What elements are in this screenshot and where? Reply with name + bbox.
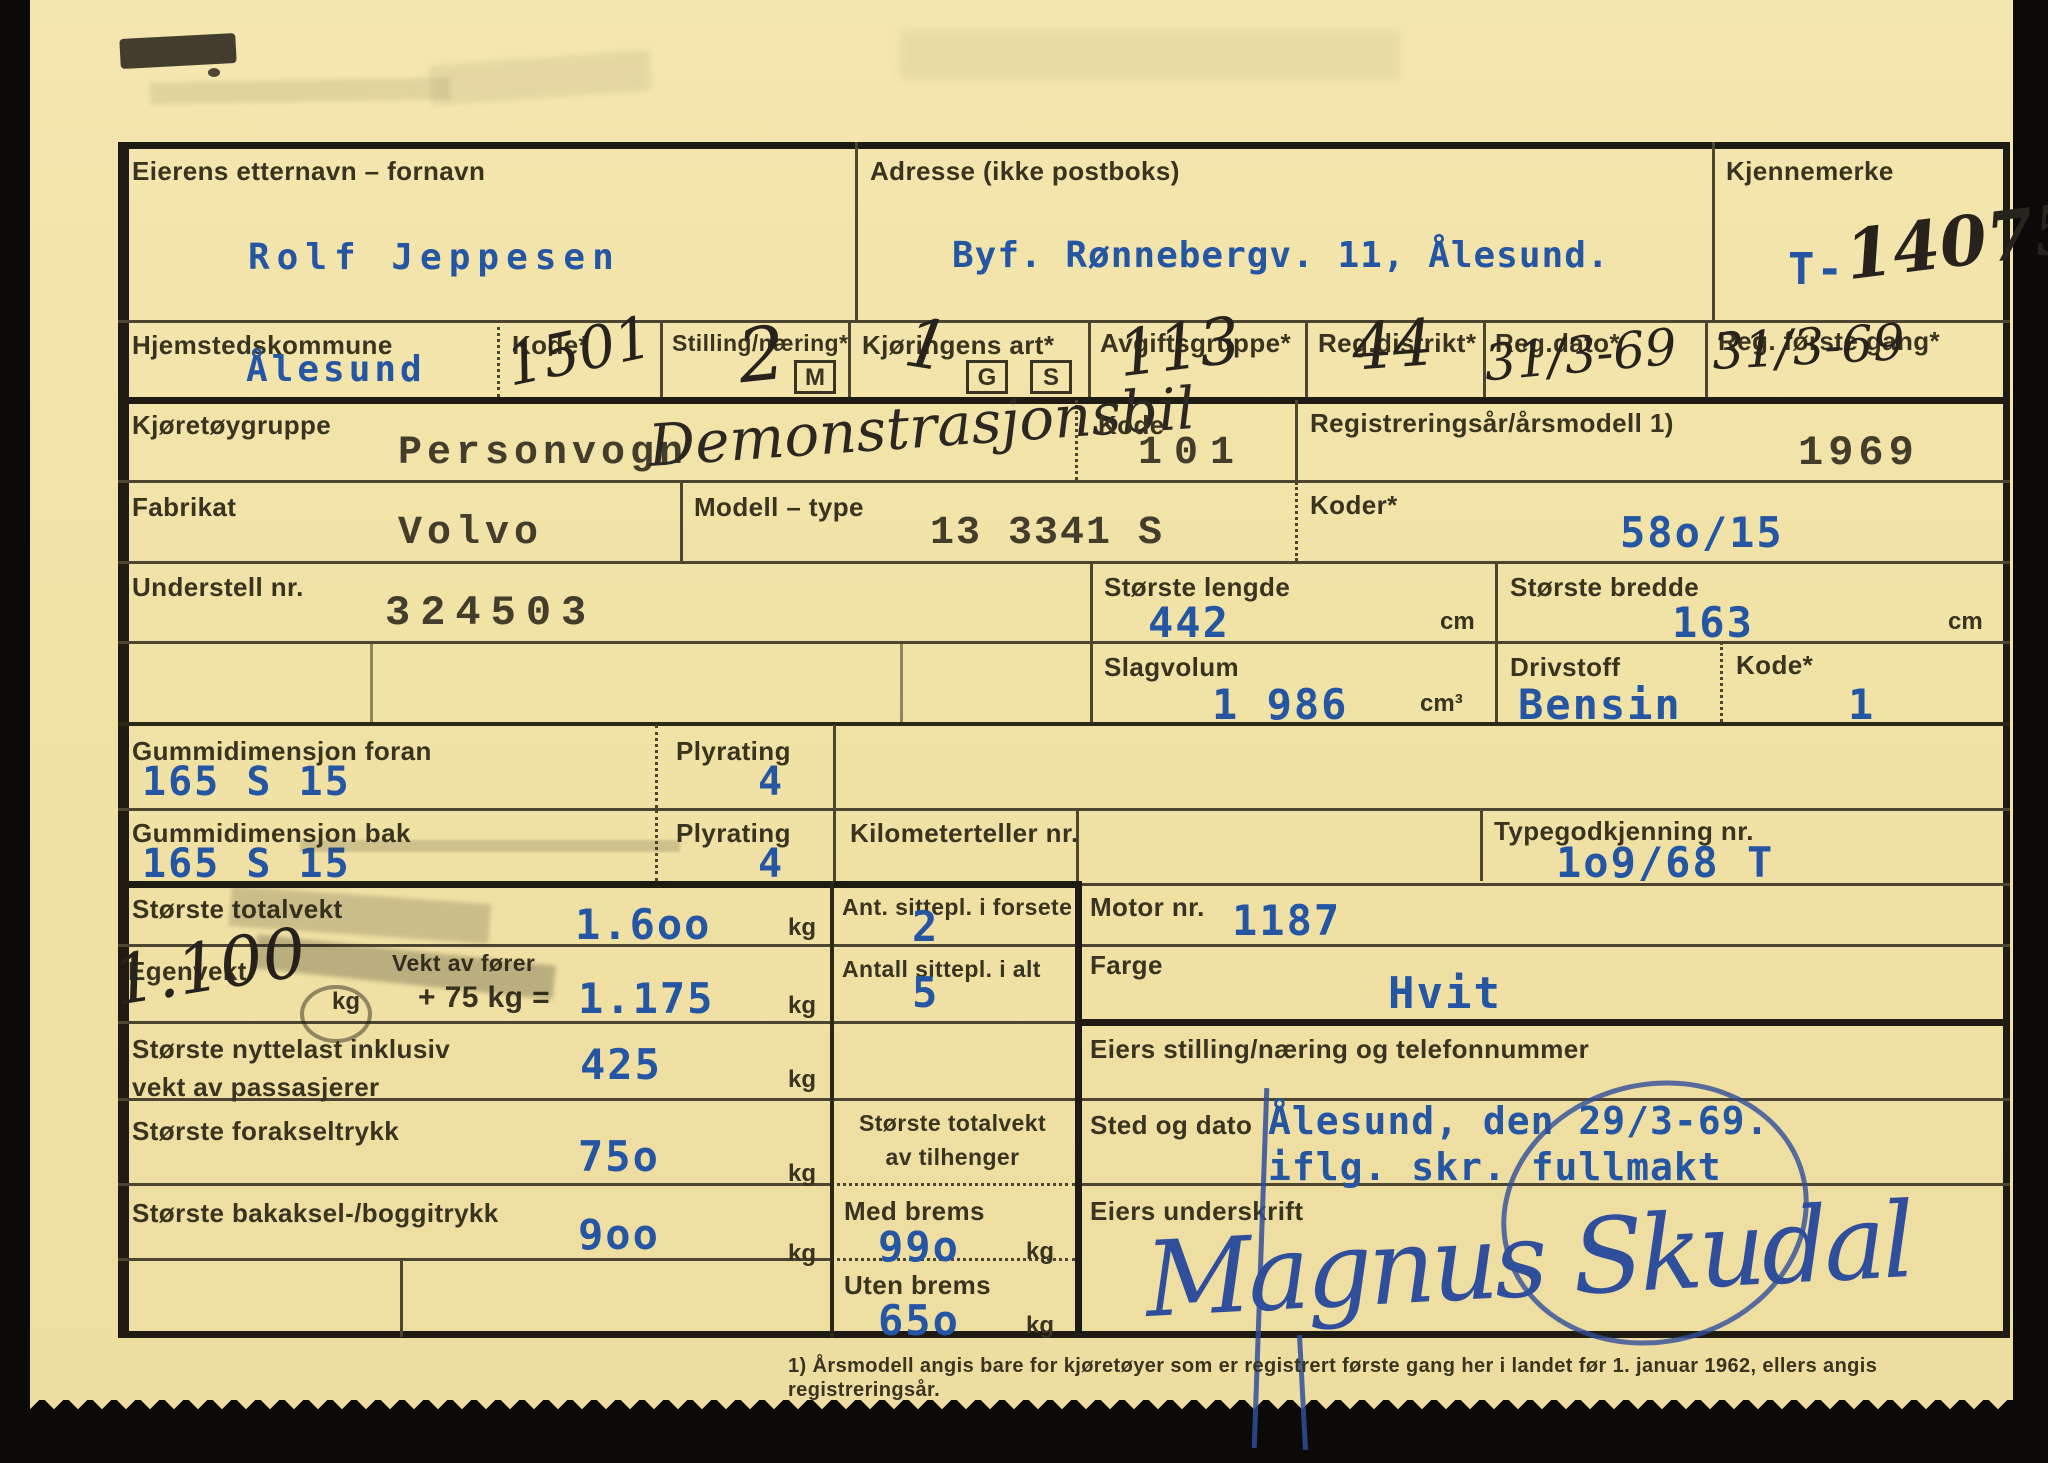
gummi-foran-value: 165 S 15: [142, 762, 351, 802]
nyttelast-label-line1: Største nyttelast inklusiv: [132, 1034, 450, 1065]
fabrikat-label: Fabrikat: [132, 492, 236, 523]
gummi-bak-value: 165 S 15: [142, 844, 351, 884]
grid-line: [1495, 642, 1498, 722]
modell-type-label: Modell – type: [694, 492, 864, 523]
totalvekt-value: 1.6oo: [575, 904, 711, 946]
uten-brems-value: 65o: [878, 1300, 960, 1342]
grid-line: [833, 810, 836, 881]
forakseltrykk-label: Største forakseltrykk: [132, 1116, 399, 1147]
fabrikat-value: Volvo: [398, 514, 543, 554]
egenvekt-sum-unit: kg: [788, 992, 816, 1020]
plate-prefix: T-: [1788, 248, 1845, 292]
registreringsaar-label: Registreringsår/årsmodell 1): [1310, 408, 1674, 439]
grid-line: [833, 725, 836, 808]
forakseltrykk-value: 75o: [578, 1136, 660, 1178]
vekt-av-forer-label: Vekt av fører: [392, 950, 535, 978]
forakseltrykk-unit: kg: [788, 1160, 816, 1188]
kjoretoygruppe-label: Kjøretøygruppe: [132, 410, 331, 441]
bakakseltrykk-label: Største bakaksel-/boggitrykk: [132, 1198, 499, 1229]
forer-formula: + 75 kg =: [418, 980, 550, 1016]
bakakseltrykk-unit: kg: [788, 1240, 816, 1268]
owner-name-value: Rolf Jeppesen: [248, 240, 621, 276]
nyttelast-value: 425: [580, 1044, 662, 1086]
nyttelast-label-line2: vekt av passasjerer: [132, 1072, 380, 1103]
reg-distrikt-handwritten: 44: [1350, 311, 1436, 381]
grid-line: [900, 642, 903, 722]
kommune-value: Ålesund: [246, 352, 426, 388]
reg-forste-gang-handwritten: 31/3-69: [1711, 317, 1906, 377]
grid-line: [660, 320, 663, 397]
registration-card-scan: Eierens etternavn – fornavn Rolf Jeppese…: [0, 0, 2048, 1463]
tilhenger-label-line1: Største totalvekt: [830, 1110, 1075, 1138]
stilling-handwritten: 2: [734, 316, 789, 395]
kjoretoygruppe-value: Personvogn: [398, 434, 688, 474]
grid-line: [118, 1258, 830, 1261]
address-label: Adresse (ikke postboks): [870, 156, 1180, 187]
totalvekt-label: Største totalvekt: [132, 894, 343, 925]
koder-label: Koder*: [1310, 490, 1398, 521]
typegodkjenning-value: 1o9/68 T: [1556, 842, 1774, 884]
tilhenger-label-line2: av tilhenger: [830, 1144, 1075, 1172]
kjoringens-art-label: Kjøringens art*: [862, 330, 1054, 361]
grid-line: [370, 642, 373, 722]
grid-line: [1075, 1019, 2010, 1026]
grid-line: [830, 1183, 1075, 1186]
motor-nr-label: Motor nr.: [1090, 892, 1205, 923]
grid-line: [1480, 810, 1483, 881]
egenvekt-unit: kg: [332, 988, 360, 1016]
storste-lengde-value: 442: [1148, 602, 1230, 644]
grid-line: [118, 1183, 830, 1186]
plate-label: Kjennemerke: [1726, 156, 1894, 187]
bredde-unit: cm: [1948, 608, 1983, 636]
plyrating-foran-value: 4: [758, 762, 784, 802]
farge-value: Hvit: [1388, 972, 1502, 1016]
registreringsaar-value: 1969: [1798, 432, 1919, 474]
grid-line: [1712, 142, 1715, 320]
slagvolum-unit: cm³: [1420, 690, 1463, 718]
lengde-unit: cm: [1440, 608, 1475, 636]
koder-value: 58o/15: [1620, 512, 1784, 554]
slagvolum-label: Slagvolum: [1104, 652, 1239, 683]
grid-line: [118, 808, 2010, 811]
storste-bredde-label: Største bredde: [1510, 572, 1699, 603]
sittepl-ialt-label: Antall sittepl. i alt: [842, 956, 1041, 984]
grid-line: [400, 1258, 403, 1337]
owner-name-label: Eierens etternavn – fornavn: [132, 156, 485, 187]
grid-line: [1090, 562, 1093, 641]
grid-line: [497, 320, 500, 397]
egenvekt-sum-value: 1.175: [578, 978, 714, 1020]
footnote: 1) Årsmodell angis bare for kjøretøyer s…: [788, 1354, 2018, 1402]
address-value: Byf. Rønnebergv. 11, Ålesund.: [952, 238, 1610, 274]
motor-nr-value: 1187: [1232, 900, 1341, 942]
slagvolum-value: 1 986: [1212, 684, 1348, 726]
grid-line: [1080, 883, 2010, 886]
grid-line: [1720, 642, 1723, 722]
grid-line: [1090, 642, 1093, 722]
modell-type-value: 13 3341 S: [930, 514, 1164, 554]
grid-line: [1295, 400, 1298, 480]
gruppe-kode-value: 101: [1138, 434, 1246, 474]
nyttelast-unit: kg: [788, 1066, 816, 1094]
sittepl-ialt-value: 5: [912, 972, 939, 1014]
storste-bredde-value: 163: [1672, 602, 1754, 644]
eiers-stilling-label: Eiers stilling/næring og telefonnummer: [1090, 1034, 1589, 1065]
grid-line: [1705, 320, 1708, 397]
sittepl-forsete-value: 2: [912, 906, 939, 948]
grid-line: [1075, 881, 1082, 1338]
sted-og-dato-value-line1: Ålesund, den 29/3-69.: [1268, 1102, 1769, 1140]
grid-line: [118, 561, 2010, 564]
grid-line: [655, 725, 658, 808]
med-brems-value: 99o: [878, 1226, 960, 1268]
drivstoff-label: Drivstoff: [1510, 652, 1621, 683]
understell-label: Understell nr.: [132, 572, 304, 603]
stilling-code-box: M: [794, 360, 836, 394]
grid-line: [655, 810, 658, 881]
grid-line: [1295, 482, 1298, 561]
grid-line: [118, 944, 2010, 947]
understell-value: 324503: [385, 592, 596, 634]
drivstoff-value: Bensin: [1518, 684, 1682, 726]
grid-line: [1495, 562, 1498, 641]
grid-line: [855, 142, 858, 320]
grid-line: [118, 480, 2010, 483]
totalvekt-unit: kg: [788, 914, 816, 942]
drivstoff-kode-label: Kode*: [1736, 650, 1813, 681]
drivstoff-kode-value: 1: [1848, 684, 1875, 726]
grid-line: [118, 722, 2010, 726]
grid-line: [1305, 320, 1308, 397]
kilometerteller-label: Kilometerteller nr.: [850, 818, 1079, 849]
sittepl-forsete-label: Ant. sittepl. i forsete: [842, 894, 1072, 922]
grid-line: [848, 320, 851, 397]
grid-line: [680, 482, 683, 561]
plyrating-bak-value: 4: [758, 844, 784, 884]
med-brems-unit: kg: [1026, 1238, 1054, 1266]
sted-og-dato-label: Sted og dato: [1090, 1110, 1252, 1141]
farge-label: Farge: [1090, 950, 1163, 981]
uten-brems-unit: kg: [1026, 1312, 1054, 1340]
sted-og-dato-value-line2: iflg. skr. fullmakt: [1268, 1148, 1722, 1186]
bakakseltrykk-value: 9oo: [578, 1214, 660, 1256]
